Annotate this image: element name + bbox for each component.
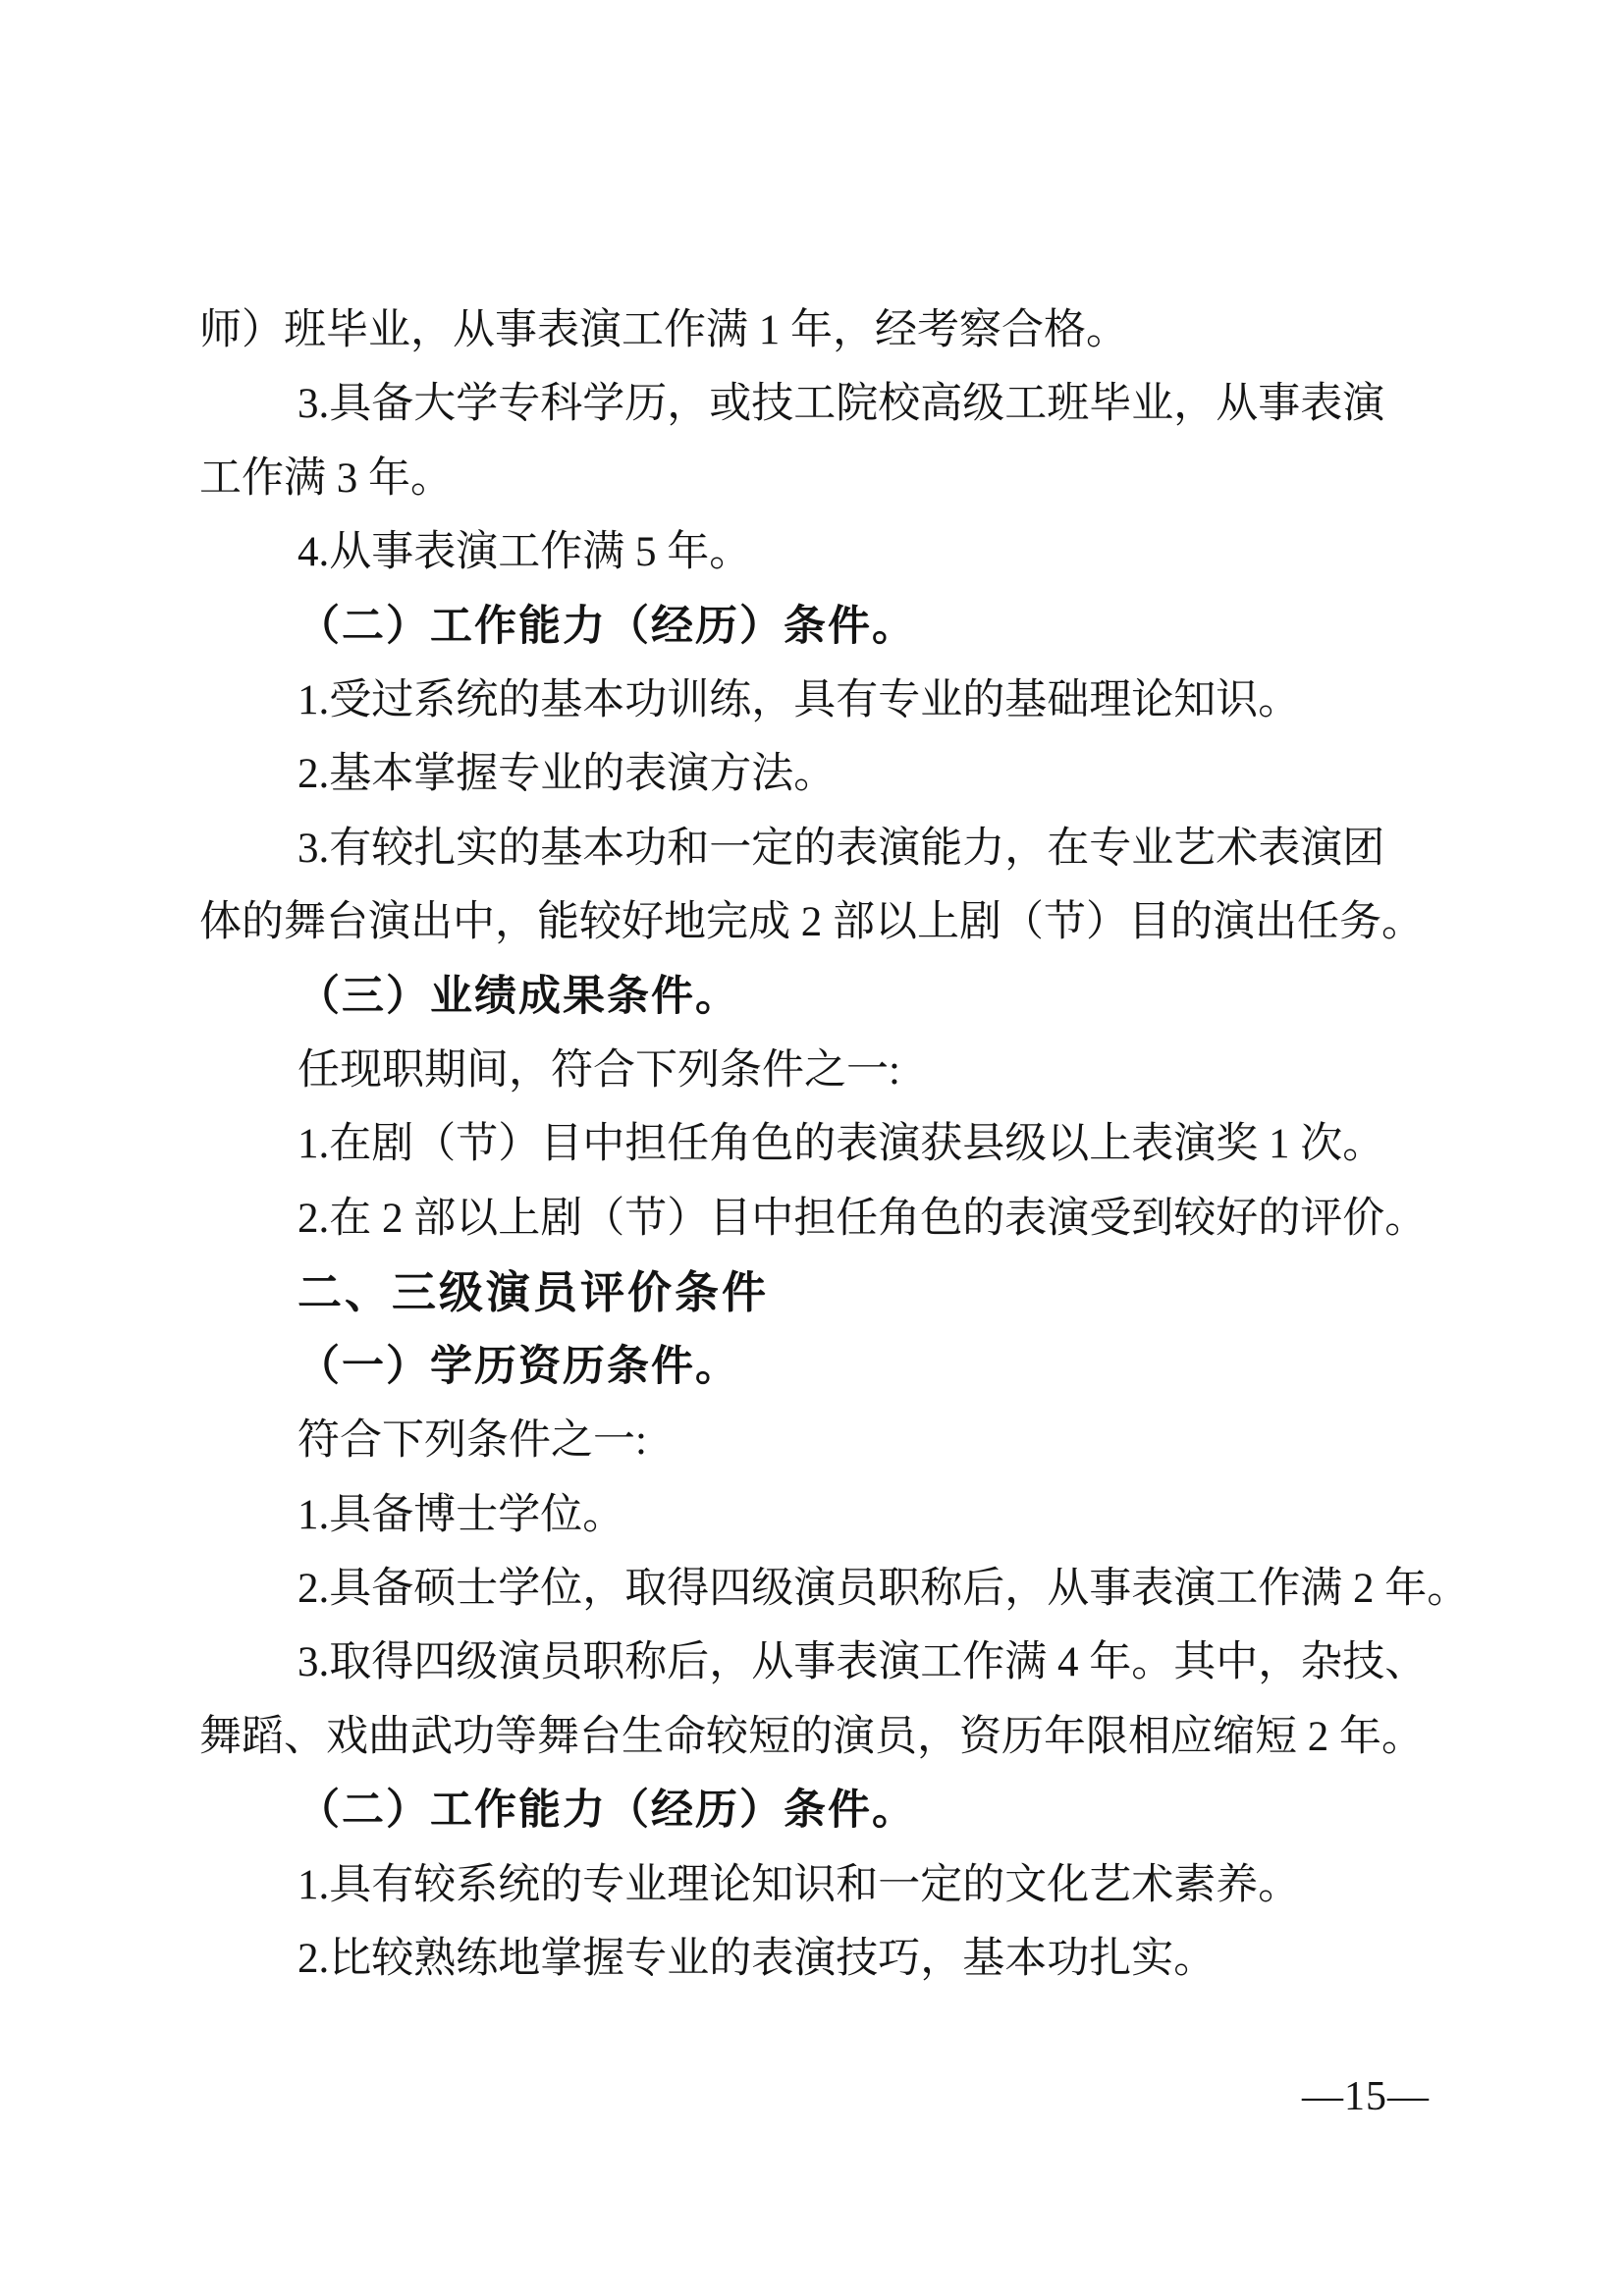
text-line: 1.具有较系统的专业理论知识和一定的文化艺术素养。 xyxy=(199,1848,1427,1922)
text-line: 2.在 2 部以上剧（节）目中担任角色的表演受到较好的评价。 xyxy=(199,1182,1427,1255)
page-number: —15— xyxy=(1302,2073,1430,2120)
section-heading: （二）工作能力（经历）条件。 xyxy=(199,590,1427,664)
text-line: 2.基本掌握专业的表演方法。 xyxy=(199,737,1427,811)
text-line: 2.具备硕士学位，取得四级演员职称后，从事表演工作满 2 年。 xyxy=(199,1552,1427,1626)
chapter-heading: 二、三级演员评价条件 xyxy=(199,1255,1427,1329)
text-line: 3.有较扎实的基本功和一定的表演能力，在专业艺术表演团 xyxy=(199,812,1427,885)
text-line: 3.取得四级演员职称后，从事表演工作满 4 年。其中，杂技、 xyxy=(199,1626,1427,1699)
text-line: 1.受过系统的基本功训练，具有专业的基础理论知识。 xyxy=(199,664,1427,737)
section-heading: （二）工作能力（经历）条件。 xyxy=(199,1774,1427,1847)
text-line: 符合下列条件之一: xyxy=(199,1404,1427,1477)
text-line: 3.具备大学专科学历，或技工院校高级工班毕业，从事表演 xyxy=(199,367,1427,441)
text-line: 4.从事表演工作满 5 年。 xyxy=(199,515,1427,589)
text-line: 师）班毕业，从事表演工作满 1 年，经考察合格。 xyxy=(199,294,1427,367)
text-line: 舞蹈、戏曲武功等舞台生命较短的演员，资历年限相应缩短 2 年。 xyxy=(199,1700,1427,1774)
document-body: 师）班毕业，从事表演工作满 1 年，经考察合格。 3.具备大学专科学历，或技工院… xyxy=(199,294,1427,1996)
text-line: 2.比较熟练地掌握专业的表演技巧，基本功扎实。 xyxy=(199,1922,1427,1996)
section-heading: （三）业绩成果条件。 xyxy=(199,960,1427,1034)
section-heading: （一）学历资历条件。 xyxy=(199,1330,1427,1404)
text-line: 工作满 3 年。 xyxy=(199,442,1427,515)
document-page: 师）班毕业，从事表演工作满 1 年，经考察合格。 3.具备大学专科学历，或技工院… xyxy=(0,0,1623,2296)
text-line: 体的舞台演出中，能较好地完成 2 部以上剧（节）目的演出任务。 xyxy=(199,885,1427,959)
text-line: 任现职期间，符合下列条件之一: xyxy=(199,1034,1427,1107)
text-line: 1.具备博士学位。 xyxy=(199,1478,1427,1552)
text-line: 1.在剧（节）目中担任角色的表演获县级以上表演奖 1 次。 xyxy=(199,1107,1427,1181)
